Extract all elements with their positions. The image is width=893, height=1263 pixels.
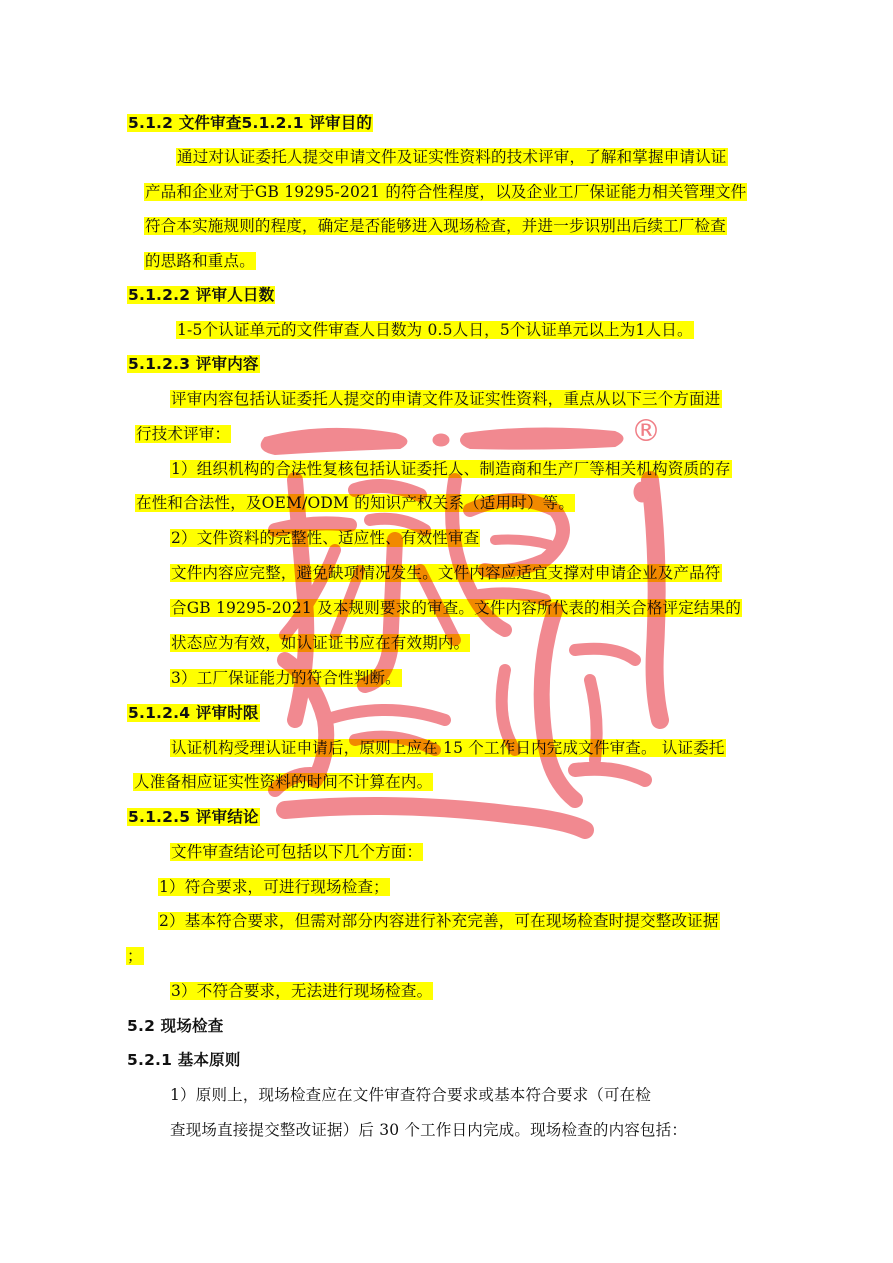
text-line: 文件内容应完整，避免缺项情况发生。文件内容应适宜支撑对申请企业及产品符 [170,564,722,582]
text-line: 的思路和重点。 [144,252,256,270]
text-line: 产品和企业对于GB 19295-2021 的符合性程度，以及企业工厂保证能力相关… [144,183,747,201]
heading-text: 5.1.2 文件审查5.1.2.1 评审目的 [127,114,373,132]
paragraph-line: 人准备相应证实性资料的时间不计算在内。 [133,771,433,793]
paragraph-line: 的思路和重点。 [144,250,256,272]
paragraph-line: 1）原则上，现场检查应在文件审查符合要求或基本符合要求（可在检 [170,1084,651,1106]
paragraph-line: 1-5个认证单元的文件审查人日数为 0.5人日，5个认证单元以上为1人日。 [176,319,694,341]
paragraph-line: 3）工厂保证能力的符合性判断。 [170,667,402,689]
text-line: 2）基本符合要求，但需对部分内容进行补充完善，可在现场检查时提交整改证据 [158,912,720,930]
paragraph-line: 查现场直接提交整改证据）后 30 个工作日内完成。现场检查的内容包括： [170,1119,687,1141]
paragraph-line: 评审内容包括认证委托人提交的申请文件及证实性资料，重点从以下三个方面进 [170,388,722,410]
text-line: 查现场直接提交整改证据）后 30 个工作日内完成。现场检查的内容包括： [170,1121,687,1139]
heading-text: 5.1.2.2 评审人日数 [127,286,275,304]
section-heading: 5.2 现场检查 [127,1015,223,1037]
paragraph-line: 合GB 19295-2021 及本规则要求的审查。文件内容所代表的相关合格评定结… [170,597,742,619]
text-line: 1）原则上，现场检查应在文件审查符合要求或基本符合要求（可在检 [170,1086,651,1104]
paragraph-line: 2）基本符合要求，但需对部分内容进行补充完善，可在现场检查时提交整改证据 [158,910,720,932]
text-line: 状态应为有效，如认证证书应在有效期内。 [170,634,470,652]
text-line: 符合本实施规则的程度，确定是否能够进入现场检查，并进一步识别出后续工厂检查 [144,217,727,235]
text-line: 3）不符合要求，无法进行现场检查。 [170,982,433,1000]
paragraph-line: 状态应为有效，如认证证书应在有效期内。 [170,632,470,654]
text-line: 文件审查结论可包括以下几个方面： [170,843,423,861]
paragraph-line: 在性和合法性，及OEM/ODM 的知识产权关系（适用时）等。 [135,492,575,514]
section-heading: 5.1.2.5 评审结论 [127,806,260,828]
paragraph-line: 文件内容应完整，避免缺项情况发生。文件内容应适宜支撑对申请企业及产品符 [170,562,722,584]
text-line: 2）文件资料的完整性、适应性、有效性审查 [170,529,480,547]
heading-text: 5.1.2.3 评审内容 [127,355,260,373]
paragraph-line: ； [126,945,144,967]
paragraph-line: 通过对认证委托人提交申请文件及证实性资料的技术评审，了解和掌握申请认证 [176,146,728,168]
text-line: 人准备相应证实性资料的时间不计算在内。 [133,773,433,791]
heading-text: 5.2 现场检查 [127,1017,223,1035]
paragraph-line: 符合本实施规则的程度，确定是否能够进入现场检查，并进一步识别出后续工厂检查 [144,215,727,237]
text-line: 3）工厂保证能力的符合性判断。 [170,669,402,687]
section-heading: 5.1.2.3 评审内容 [127,353,260,375]
paragraph-line: 1）组织机构的合法性复核包括认证委托人、制造商和生产厂等相关机构资质的存 [170,458,732,480]
section-heading: 5.2.1 基本原则 [127,1049,241,1071]
text-line: ； [126,947,144,965]
text-line: 行技术评审： [135,425,231,443]
heading-text: 5.1.2.4 评审时限 [127,704,260,722]
text-line: 认证机构受理认证申请后，原则上应在 15 个工作日内完成文件审查。 认证委托 [170,739,726,757]
paragraph-line: 认证机构受理认证申请后，原则上应在 15 个工作日内完成文件审查。 认证委托 [170,737,726,759]
paragraph-line: 2）文件资料的完整性、适应性、有效性审查 [170,527,480,549]
section-heading: 5.1.2 文件审查5.1.2.1 评审目的 [127,112,373,134]
paragraph-line: 文件审查结论可包括以下几个方面： [170,841,423,863]
text-line: 在性和合法性，及OEM/ODM 的知识产权关系（适用时）等。 [135,494,575,512]
text-line: 通过对认证委托人提交申请文件及证实性资料的技术评审，了解和掌握申请认证 [176,148,728,166]
text-line: 评审内容包括认证委托人提交的申请文件及证实性资料，重点从以下三个方面进 [170,390,722,408]
registered-mark-icon: ® [631,417,661,447]
text-line: 1-5个认证单元的文件审查人日数为 0.5人日，5个认证单元以上为1人日。 [176,321,694,339]
text-line: 1）符合要求，可进行现场检查； [158,878,390,896]
heading-text: 5.1.2.5 评审结论 [127,808,260,826]
paragraph-line: 1）符合要求，可进行现场检查； [158,876,390,898]
text-line: 合GB 19295-2021 及本规则要求的审查。文件内容所代表的相关合格评定结… [170,599,742,617]
document-page: 5.1.2 文件审查5.1.2.1 评审目的 通过对认证委托人提交申请文件及证实… [0,0,893,1263]
paragraph-line: 行技术评审： [135,423,231,445]
heading-text: 5.2.1 基本原则 [127,1051,241,1069]
section-heading: 5.1.2.2 评审人日数 [127,284,275,306]
text-line: 1）组织机构的合法性复核包括认证委托人、制造商和生产厂等相关机构资质的存 [170,460,732,478]
paragraph-line: 3）不符合要求，无法进行现场检查。 [170,980,433,1002]
section-heading: 5.1.2.4 评审时限 [127,702,260,724]
paragraph-line: 产品和企业对于GB 19295-2021 的符合性程度，以及企业工厂保证能力相关… [144,181,747,203]
